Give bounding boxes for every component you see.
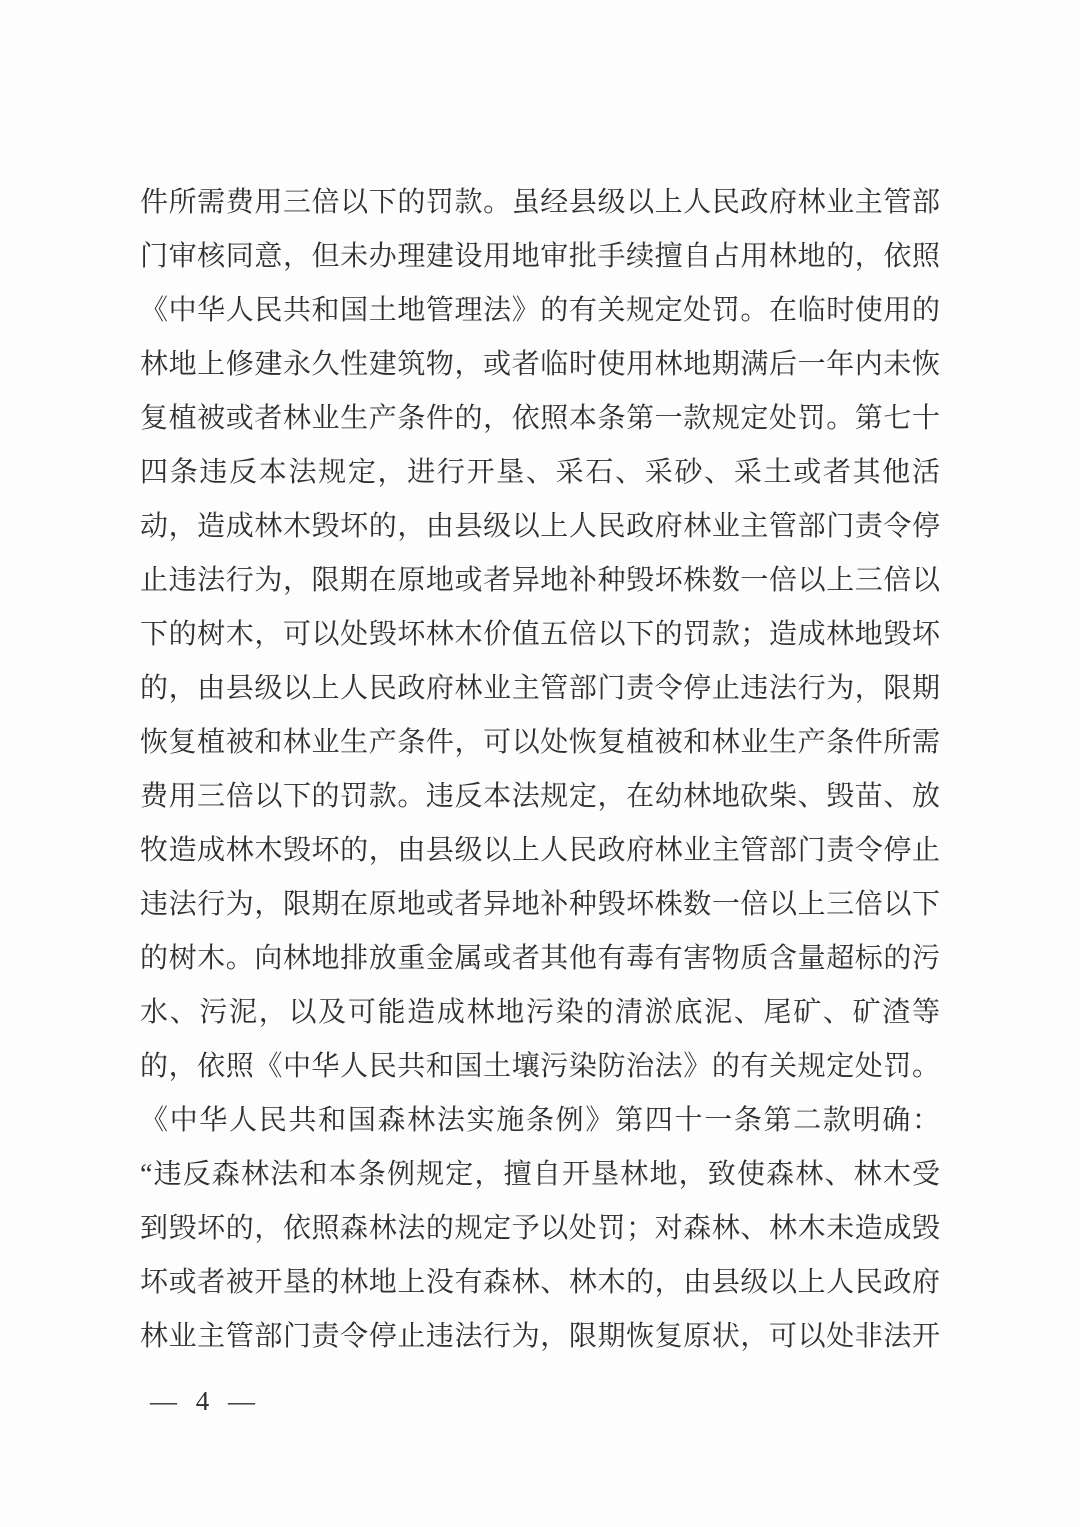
text-line: 牧造成林木毁坏的，由县级以上人民政府林业主管部门责令停止: [140, 824, 940, 878]
text-line: 到毁坏的，依照森林法的规定予以处罚；对森林、林木未造成毁: [140, 1202, 940, 1256]
text-line: 四条违反本法规定，进行开垦、采石、采砂、采土或者其他活: [140, 446, 940, 500]
text-line: 的树木。向林地排放重金属或者其他有毒有害物质含量超标的污: [140, 932, 940, 986]
text-line: 费用三倍以下的罚款。违反本法规定，在幼林地砍柴、毁苗、放: [140, 770, 940, 824]
text-line: 《中华人民共和国土地管理法》的有关规定处罚。在临时使用的: [140, 284, 940, 338]
text-line: 林地上修建永久性建筑物，或者临时使用林地期满后一年内未恢: [140, 338, 940, 392]
text-line: 恢复植被和林业生产条件，可以处恢复植被和林业生产条件所需: [140, 716, 940, 770]
text-line: 门审核同意，但未办理建设用地审批手续擅自占用林地的，依照: [140, 230, 940, 284]
text-line: 动，造成林木毁坏的，由县级以上人民政府林业主管部门责令停: [140, 500, 940, 554]
text-line: 的，由县级以上人民政府林业主管部门责令停止违法行为，限期: [140, 662, 940, 716]
text-line: 坏或者被开垦的林地上没有森林、林木的，由县级以上人民政府: [140, 1256, 940, 1310]
text-line: 件所需费用三倍以下的罚款。虽经县级以上人民政府林业主管部: [140, 176, 940, 230]
text-line: 违法行为，限期在原地或者异地补种毁坏株数一倍以上三倍以下: [140, 878, 940, 932]
text-line: 水、污泥，以及可能造成林地污染的清淤底泥、尾矿、矿渣等: [140, 986, 940, 1040]
page-number: — 4 —: [150, 1386, 261, 1417]
text-line: 《中华人民共和国森林法实施条例》第四十一条第二款明确：: [140, 1094, 940, 1148]
text-line: 的，依照《中华人民共和国土壤污染防治法》的有关规定处罚。: [140, 1040, 940, 1094]
text-line: 复植被或者林业生产条件的，依照本条第一款规定处罚。第七十: [140, 392, 940, 446]
text-line: 林业主管部门责令停止违法行为，限期恢复原状，可以处非法开: [140, 1310, 940, 1364]
document-page: 件所需费用三倍以下的罚款。虽经县级以上人民政府林业主管部 门审核同意，但未办理建…: [0, 0, 1080, 1527]
text-line: 下的树木，可以处毁坏林木价值五倍以下的罚款；造成林地毁坏: [140, 608, 940, 662]
document-body-text: 件所需费用三倍以下的罚款。虽经县级以上人民政府林业主管部 门审核同意，但未办理建…: [140, 176, 940, 1364]
text-line: 止违法行为，限期在原地或者异地补种毁坏株数一倍以上三倍以: [140, 554, 940, 608]
text-line: “违反森林法和本条例规定，擅自开垦林地，致使森林、林木受: [140, 1148, 940, 1202]
